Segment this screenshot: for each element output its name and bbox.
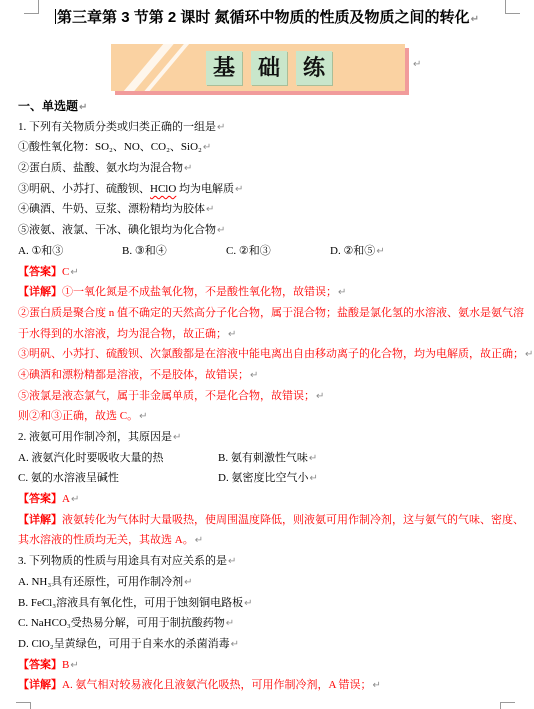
paragraph-mark-icon: ↵ [203,142,211,153]
q1-statement-4: ④碘酒、牛奶、豆浆、漂粉精均为胶体↵ [18,199,534,220]
q3-option-b: B. FeCl₃溶液具有氧化性，可用于蚀刻铜电路板↵ [18,593,534,614]
q2-options-row-1: A. 液氨汽化时要吸收大量的热B. 氨有刺激性气味↵ [18,448,534,469]
paragraph-mark-icon: ↵ [71,494,79,505]
margin-crop-mark-bottom-right [500,702,515,709]
q1-explain-1: ①一氧化氮是不成盐氧化物，不是酸性氧化物，故错误； [62,286,337,298]
q3-explain-1: A. 氨气相对较易液化且液氨汽化吸热，可用作制冷剂，A 错误； [62,679,372,691]
q1-statement-5: ⑤液氨、液氯、干冰、碘化银均为化合物↵ [18,220,534,241]
q1-statement-3: ③明矾、小苏打、硫酸钡、HClO 均为电解质↵ [18,179,534,200]
q1-explain-2b: 于水得到的水溶液，均为混合物，故正确； [18,328,227,340]
q1-statement-2-text: ②蛋白质、盐酸、氨水均为混合物 [18,162,183,174]
paragraph-mark-icon: ↵ [309,473,317,484]
paragraph-mark-icon: ↵ [231,639,239,650]
q2-option-b: B. 氨有刺激性气味 [218,452,308,464]
explain-label: 【详解】 [18,514,62,526]
paragraph-mark-icon: ↵ [228,556,236,567]
paragraph-mark-icon: ↵ [309,453,317,464]
q2-option-d: D. 氨密度比空气小 [218,472,308,484]
q1-explain-line-2a: ②蛋白质是聚合度 n 值不确定的天然高分子化合物，属于混合物；盐酸是氯化氢的水溶… [18,303,534,324]
q1-explain-3: ③明矾、小苏打、硫酸钡、次氯酸都是在溶液中能电离出自由移动离子的化合物，均为电解… [18,348,524,360]
paragraph-mark-icon: ↵ [413,59,421,70]
paragraph-mark-icon: ↵ [250,370,258,381]
q3-option-a-text: A. NH₃具有还原性，可用作制冷剂 [18,576,183,588]
q1-statement-1: ①酸性氧化物：SO₂、NO、CO₂、SiO₂↵ [18,137,534,158]
q1-explain-4: ④碘酒和漂粉精都是溶液，不是胶体，故错误； [18,369,249,381]
paragraph-mark-icon: ↵ [139,411,147,422]
q3-answer-line: 【答案】B↵ [18,655,534,676]
answer-label: 【答案】 [18,659,62,671]
q1-conclusion-text: 则②和③正确，故选 C。 [18,410,138,422]
paragraph-mark-icon: ↵ [316,391,324,402]
paragraph-mark-icon: ↵ [376,246,384,257]
q2-answer-value: A [62,493,70,505]
q3-option-d-text: D. ClO₂呈黄绿色，可用于自来水的杀菌消毒 [18,638,230,650]
q2-explain-line-2: 其水溶液的性质均无关，其故选 A。↵ [18,530,534,551]
margin-crop-mark-bottom-left [16,702,31,709]
paragraph-mark-icon: ↵ [184,577,192,588]
section-heading-text: 一、单选题 [18,99,78,113]
q1-statement-1-text: ①酸性氧化物：SO₂、NO、CO₂、SiO₂ [18,141,202,153]
paragraph-mark-icon: ↵ [525,349,533,360]
q1-explain-line-4: ④碘酒和漂粉精都是溶液，不是胶体，故错误；↵ [18,365,534,386]
q1-explain-5: ⑤液氯是液态氯气，属于非金属单质，不是化合物，故错误； [18,390,315,402]
q3-answer-value: B [62,659,69,671]
q1-option-b: B. ③和④ [122,241,226,262]
q1-explain-line-3: ③明矾、小苏打、硫酸钡、次氯酸都是在溶液中能电离出自由移动离子的化合物，均为电解… [18,344,534,365]
q1-option-c: C. ②和③ [226,241,330,262]
q2-explain-1: 液氨转化为气体时大量吸热，使周围温度降低，则液氨可用作制冷剂，这与氨气的气味、密… [62,514,524,526]
q1-answer-value: C [62,266,69,278]
paragraph-mark-icon: ↵ [226,618,234,629]
q1-answer-line: 【答案】C↵ [18,262,534,283]
basic-practice-banner: 基 础 练 [111,44,405,91]
paragraph-mark-icon: ↵ [338,287,346,298]
q3-stem: 3. 下列物质的性质与用途具有对应关系的是↵ [18,551,534,572]
paragraph-mark-icon: ↵ [206,204,214,215]
q1-stem-text: 1. 下列有关物质分类或归类正确的一组是 [18,121,216,133]
banner-char-tile: 练 [296,51,332,85]
q3-stem-text: 3. 下列物质的性质与用途具有对应关系的是 [18,555,227,567]
document-body: 一、单选题↵ 1. 下列有关物质分类或归类正确的一组是↵ ①酸性氧化物：SO₂、… [18,96,534,696]
q2-stem-text: 2. 液氨可用作制冷剂，其原因是 [18,431,172,443]
banner-char-tile: 础 [251,51,287,85]
paragraph-mark-icon: ↵ [217,225,225,236]
q1-statement-2: ②蛋白质、盐酸、氨水均为混合物↵ [18,158,534,179]
paragraph-mark-icon: ↵ [70,660,78,671]
spellcheck-word: HClO [150,183,176,195]
banner-char-tile: 基 [206,51,242,85]
text-cursor [55,9,56,24]
q1-statement-3-post: 均为电解质 [176,183,234,195]
paragraph-mark-icon: ↵ [195,535,203,546]
paragraph-mark-icon: ↵ [244,598,252,609]
q3-option-c: C. NaHCO₃受热易分解，可用于制抗酸药物↵ [18,613,534,634]
paragraph-mark-icon: ↵ [79,102,87,113]
q1-option-d: D. ②和⑤ [330,245,375,257]
q1-explain-2a: ②蛋白质是聚合度 n 值不确定的天然高分子化合物，属于混合物；盐酸是氯化氢的水溶… [18,307,524,319]
q3-explain-line-1: 【详解】A. 氨气相对较易液化且液氨汽化吸热，可用作制冷剂，A 错误；↵ [18,675,534,696]
q1-options-row: A. ①和③B. ③和④C. ②和③D. ②和⑤↵ [18,241,534,262]
q1-stem: 1. 下列有关物质分类或归类正确的一组是↵ [18,117,534,138]
q1-explain-line-5: ⑤液氯是液态氯气，属于非金属单质，不是化合物，故错误；↵ [18,386,534,407]
q1-option-a: A. ①和③ [18,241,122,262]
paragraph-mark-icon: ↵ [217,122,225,133]
answer-label: 【答案】 [18,493,62,505]
q2-answer-line: 【答案】A↵ [18,489,534,510]
document-title-line: 第三章第 3 节第 2 课时 氮循环中物质的性质及物质之间的转化↵ [0,8,534,30]
q2-explain-2: 其水溶液的性质均无关，其故选 A。 [18,534,194,546]
answer-label: 【答案】 [18,266,62,278]
margin-crop-mark-top-right [505,0,520,14]
q1-statement-4-text: ④碘酒、牛奶、豆浆、漂粉精均为胶体 [18,203,205,215]
q3-option-d: D. ClO₂呈黄绿色，可用于自来水的杀菌消毒↵ [18,634,534,655]
q3-option-a: A. NH₃具有还原性，可用作制冷剂↵ [18,572,534,593]
q1-statement-3-pre: ③明矾、小苏打、硫酸钡、 [18,183,150,195]
explain-label: 【详解】 [18,286,62,298]
q2-option-a: A. 液氨汽化时要吸收大量的热 [18,448,218,469]
paragraph-mark-icon: ↵ [184,163,192,174]
paragraph-mark-icon: ↵ [70,267,78,278]
paragraph-mark-icon: ↵ [373,680,381,691]
explain-label: 【详解】 [18,679,62,691]
paragraph-mark-icon: ↵ [235,184,243,195]
q2-options-row-2: C. 氨的水溶液呈碱性D. 氨密度比空气小↵ [18,468,534,489]
document-page: 第三章第 3 节第 2 课时 氮循环中物质的性质及物质之间的转化↵ 基 础 练 … [0,0,534,709]
paragraph-mark-icon: ↵ [173,432,181,443]
q1-conclusion: 则②和③正确，故选 C。↵ [18,406,534,427]
paragraph-mark-icon: ↵ [228,329,236,340]
q3-option-c-text: C. NaHCO₃受热易分解，可用于制抗酸药物 [18,617,225,629]
paragraph-mark-icon: ↵ [471,14,479,25]
q1-statement-5-text: ⑤液氨、液氯、干冰、碘化银均为化合物 [18,224,216,236]
q3-option-b-text: B. FeCl₃溶液具有氧化性，可用于蚀刻铜电路板 [18,597,243,609]
q1-explain-line-2b: 于水得到的水溶液，均为混合物，故正确；↵ [18,324,534,345]
section-heading: 一、单选题↵ [18,96,534,117]
banner-row: 基 础 练 ↵ [0,44,534,91]
q2-stem: 2. 液氨可用作制冷剂，其原因是↵ [18,427,534,448]
q2-option-c: C. 氨的水溶液呈碱性 [18,468,218,489]
q1-explain-line-1: 【详解】①一氧化氮是不成盐氧化物，不是酸性氧化物，故错误；↵ [18,282,534,303]
page-title: 第三章第 3 节第 2 课时 氮循环中物质的性质及物质之间的转化 [57,9,470,26]
margin-crop-mark-top-left [24,0,39,14]
q2-explain-line-1: 【详解】液氨转化为气体时大量吸热，使周围温度降低，则液氨可用作制冷剂，这与氨气的… [18,510,534,531]
banner-char-tiles: 基 础 练 [111,44,405,91]
